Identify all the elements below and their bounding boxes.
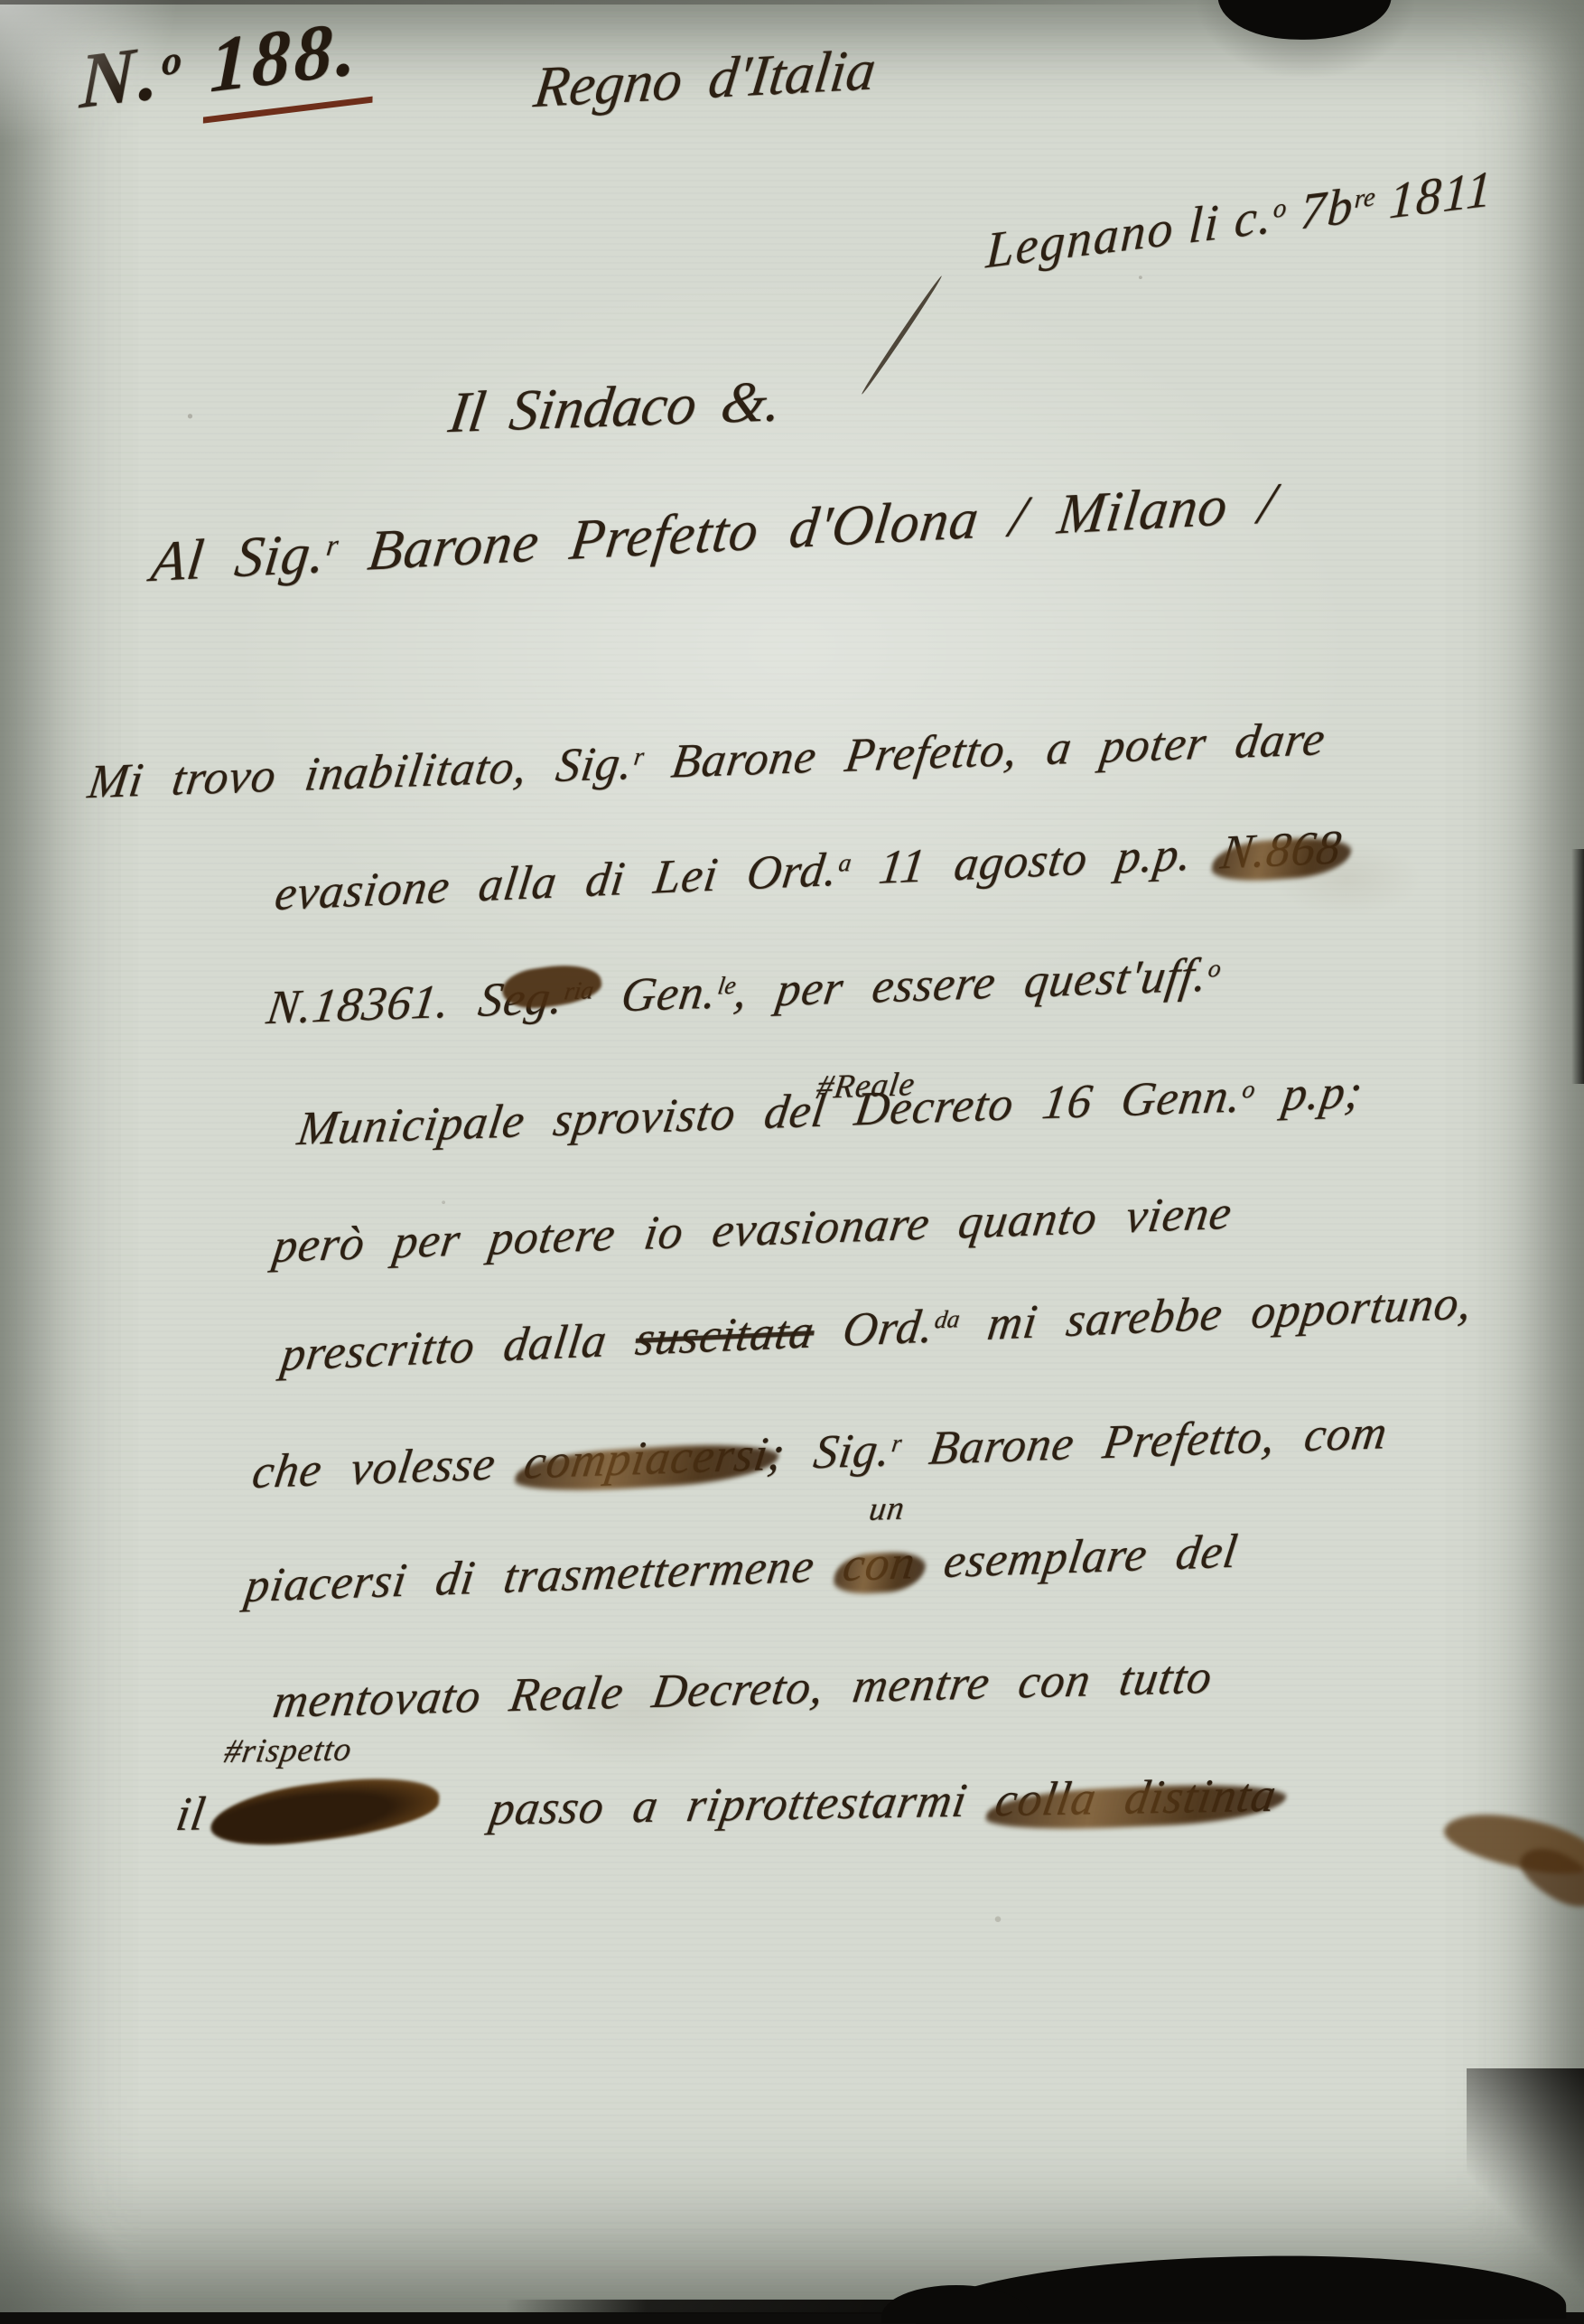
crossed-out-text: N.868 bbox=[1217, 821, 1345, 879]
crossed-out-text: suscitata bbox=[632, 1305, 817, 1366]
recipient-line: Al Sig.r Barone Prefetto d'Olona / Milan… bbox=[147, 470, 1280, 595]
superscript: o bbox=[1207, 954, 1223, 983]
body-line-4: Municipale sprovisto del#Reale Decreto 1… bbox=[294, 1065, 1366, 1156]
insertion-anchor: il #rispetto bbox=[172, 1787, 210, 1842]
text-segment: 7b bbox=[1284, 178, 1356, 243]
text-segment: Mi trovo inabilitato, Sig. bbox=[85, 737, 637, 808]
paper-corner-shadow bbox=[0, 2195, 144, 2312]
text-segment: che volesse bbox=[249, 1436, 528, 1498]
text-segment: Barone Prefetto, a poter dare bbox=[639, 713, 1329, 789]
sender-line: Il Sindaco &. bbox=[445, 368, 786, 446]
body-line-8: piacersi di trasmettermene conun esempla… bbox=[242, 1524, 1242, 1613]
text-segment: prescritto dalla bbox=[278, 1313, 639, 1382]
interlinear-insertion: #rispetto bbox=[221, 1731, 355, 1772]
paper-edge bbox=[1571, 849, 1584, 1084]
text-segment: Ord. bbox=[811, 1300, 937, 1358]
text-segment: p.p; bbox=[1251, 1066, 1366, 1123]
torn-edge-bottom bbox=[506, 2300, 975, 2312]
text-segment: piacersi di trasmettermene bbox=[242, 1539, 847, 1612]
text-segment: Barone Prefetto d'Olona / Milano / bbox=[333, 471, 1280, 583]
text-segment: 1811 bbox=[1374, 161, 1495, 232]
text-segment: Gen. bbox=[589, 966, 721, 1022]
dateline: Legnano li c.o 7bre 1811 bbox=[984, 160, 1495, 281]
crossed-out-text: compiacersi bbox=[521, 1428, 772, 1489]
paper-corner-highlight bbox=[0, 0, 190, 154]
interlinear-insertion: un bbox=[867, 1489, 908, 1529]
number-value: 188. bbox=[203, 2, 374, 124]
body-line-7: che volesse compiacersi; Sig.r Barone Pr… bbox=[249, 1405, 1392, 1499]
body-line-2: evasione alla di Lei Ord.a 11 agosto p.p… bbox=[272, 820, 1345, 921]
scanned-letter-page: N.o 188. Regno d'Italia Legnano li c.o 7… bbox=[0, 0, 1584, 2312]
body-line-9: mentovato Reale Decreto, mentre con tutt… bbox=[269, 1650, 1216, 1729]
text-segment: il bbox=[172, 1787, 210, 1841]
crossed-out-text: con bbox=[840, 1536, 919, 1591]
text-segment: Barone Prefetto, com bbox=[897, 1406, 1391, 1476]
text-segment: Legnano li c. bbox=[984, 188, 1274, 280]
ink-blot bbox=[210, 1769, 441, 1853]
text-segment: 11 agosto p.p. bbox=[847, 826, 1225, 895]
superscript: re bbox=[1354, 182, 1376, 214]
text-segment: passo a riprottestarmi bbox=[458, 1774, 1001, 1835]
pen-flourish bbox=[860, 275, 943, 396]
body-line-5: però per potere io evasionare quanto vie… bbox=[270, 1186, 1235, 1274]
text-segment: esemplare del bbox=[911, 1525, 1241, 1589]
text-segment: Municipale sprovisto del bbox=[294, 1084, 830, 1155]
body-line-3: N.18361. Seg.ria Gen.le, per essere ques… bbox=[264, 947, 1224, 1035]
body-line-1: Mi trovo inabilitato, Sig.r Barone Prefe… bbox=[85, 712, 1329, 809]
insertion-anchor: conun bbox=[840, 1535, 919, 1592]
body-line-10: il #rispetto passo a riprottestarmi coll… bbox=[172, 1766, 1281, 1843]
body-line-6: prescritto dalla suscitata Ord.da mi sar… bbox=[278, 1275, 1476, 1382]
text-segment: Al Sig. bbox=[148, 521, 330, 594]
paper-edge bbox=[0, 0, 1228, 5]
text-segment: evasione alla di Lei Ord. bbox=[272, 844, 842, 921]
text-segment: , per essere quest'uff. bbox=[731, 948, 1211, 1018]
crossed-out-text: colla distinta bbox=[992, 1769, 1280, 1827]
text-segment: ; Sig. bbox=[765, 1423, 895, 1480]
text-segment: mi sarebbe opportuno, bbox=[955, 1276, 1476, 1351]
interlinear-insertion: #Reale bbox=[814, 1065, 918, 1107]
kingdom-header: Regno d'Italia bbox=[530, 36, 879, 121]
